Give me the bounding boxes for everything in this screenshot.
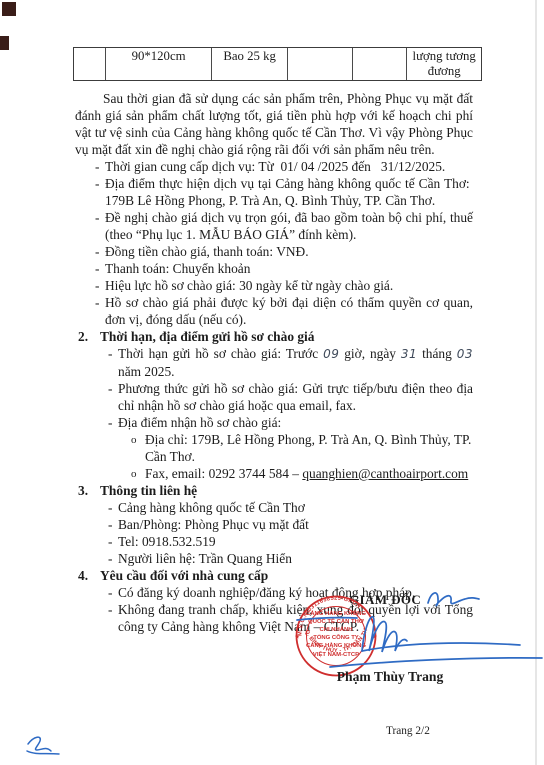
table-cell (353, 48, 408, 80)
contact-phone: - Tel: 0918.532.519 (75, 533, 473, 550)
list-item-signing: - Hồ sơ chào giá phải được ký bởi đại di… (75, 294, 473, 328)
table-cell-size: 90*120cm (106, 48, 212, 80)
section-title: Thời hạn, địa điểm gửi hồ sơ chào giá (100, 329, 314, 344)
sub-item-fax-email: o Fax, email: 0292 3744 584 – quanghien@… (75, 465, 473, 482)
section-title: Yêu cầu đối với nhà cung cấp (100, 568, 268, 583)
table-cell (74, 48, 106, 80)
contact-department: - Ban/Phòng: Phòng Phục vụ mặt đất (75, 516, 473, 533)
list-item-validity: - Hiệu lực hồ sơ chào giá: 30 ngày kể từ… (75, 277, 473, 294)
list-item-text: Địa điểm nhận hồ sơ chào giá: (118, 415, 281, 430)
dash-marker: - (108, 550, 112, 567)
dash-marker: - (108, 499, 112, 516)
deadline-text: Thời hạn gửi hồ sơ chào giá: Trước (118, 346, 323, 361)
scan-mark-top-left (2, 2, 16, 16)
list-item-currency: - Đồng tiền chào giá, thanh toán: VNĐ. (75, 243, 473, 260)
list-item-text: Thời hạn gửi hồ sơ chào giá: Trước 09 gi… (118, 346, 473, 379)
deadline-text: tháng (417, 346, 457, 361)
list-item-payment: - Thanh toán: Chuyển khoản (75, 260, 473, 277)
signatory-name: Phạm Thùy Trang (320, 669, 460, 685)
fax-number: Fax, email: 0292 3744 584 – (145, 466, 302, 481)
dash-marker: - (108, 414, 112, 431)
sub-item-address: o Địa chỉ: 179B, Lê Hồng Phong, P. Trà A… (75, 431, 473, 465)
list-item-text: Fax, email: 0292 3744 584 – quanghien@ca… (145, 466, 468, 481)
dash-marker: - (95, 243, 99, 260)
dash-marker: - (108, 516, 112, 533)
handwritten-day: 31 (401, 347, 417, 361)
section-2-heading: 2. Thời hạn, địa điểm gửi hồ sơ chào giá (75, 328, 473, 345)
dash-marker: - (95, 175, 99, 192)
dash-marker: - (95, 277, 99, 294)
dash-marker: - (95, 260, 99, 277)
price-table-fragment: 90*120cm Bao 25 kg lượng tương đương (73, 47, 482, 81)
list-item-text: Cảng hàng không quốc tế Cần Thơ (118, 500, 305, 515)
dash-marker: - (108, 584, 112, 601)
section-number: 2. (78, 328, 88, 345)
document-page: 90*120cm Bao 25 kg lượng tương đương Sau… (0, 0, 544, 765)
table-cell-packaging: Bao 25 kg (212, 48, 288, 80)
dash-marker: - (108, 601, 112, 618)
page-initial-mark (22, 732, 64, 760)
dash-marker: - (95, 209, 99, 226)
contact-org: - Cảng hàng không quốc tế Cần Thơ (75, 499, 473, 516)
contact-person: - Người liên hệ: Trần Quang Hiển (75, 550, 473, 567)
table-cell-quantity: lượng tương đương (407, 48, 481, 80)
section-title: Thông tin liên hệ (100, 483, 197, 498)
deadline-text: năm 2025. (118, 364, 175, 379)
table-cell (288, 48, 353, 80)
list-item-receive-location: - Địa điểm nhận hồ sơ chào giá: (75, 414, 473, 431)
dash-marker: - (108, 345, 112, 362)
list-item-text: Người liên hệ: Trần Quang Hiển (118, 551, 292, 566)
list-item-text: Đồng tiền chào giá, thanh toán: VNĐ. (105, 244, 309, 259)
list-item-service-location: - Địa điểm thực hiện dịch vụ tại Cảng hà… (75, 175, 473, 209)
deadline-text: giờ, ngày (339, 346, 401, 361)
list-item-text: Phương thức gửi hồ sơ chào giá: Gửi trực… (118, 381, 473, 413)
handwritten-month: 03 (457, 347, 473, 361)
list-item-text: Địa điểm thực hiện dịch vụ tại Cảng hàng… (105, 176, 473, 208)
section-number: 4. (78, 567, 88, 584)
section-number: 3. (78, 482, 88, 499)
dash-marker: - (95, 294, 99, 311)
list-item-send-method: - Phương thức gửi hồ sơ chào giá: Gửi tr… (75, 380, 473, 414)
list-item-text: Tel: 0918.532.519 (118, 534, 216, 549)
list-item-text: Ban/Phòng: Phòng Phục vụ mặt đất (118, 517, 309, 532)
handwritten-hour: 09 (323, 347, 339, 361)
circle-marker: o (131, 432, 137, 449)
list-item-text: Đề nghị chào giá dịch vụ trọn gói, đã ba… (105, 210, 473, 242)
list-item-text: Hồ sơ chào giá phải được ký bởi đại diện… (105, 295, 473, 327)
scan-mark-left (0, 36, 9, 50)
list-item-text: Thời gian cung cấp dịch vụ: Từ 01/ 04 /2… (105, 159, 445, 174)
intro-paragraph: Sau thời gian đã sử dụng các sản phẩm tr… (75, 90, 473, 158)
list-item-text: Hiệu lực hồ sơ chào giá: 30 ngày kể từ n… (105, 278, 393, 293)
email-link: quanghien@canthoairport.com (302, 466, 468, 481)
list-item-service-period: - Thời gian cung cấp dịch vụ: Từ 01/ 04 … (75, 158, 473, 175)
dash-marker: - (108, 380, 112, 397)
list-item-deadline: - Thời hạn gửi hồ sơ chào giá: Trước 09 … (75, 345, 473, 380)
list-item-text: Thanh toán: Chuyển khoản (105, 261, 250, 276)
list-item-quote-scope: - Đề nghị chào giá dịch vụ trọn gói, đã … (75, 209, 473, 243)
dash-marker: - (108, 533, 112, 550)
list-item-text: Địa chỉ: 179B, Lê Hồng Phong, P. Trà An,… (145, 432, 471, 464)
dash-marker: - (95, 158, 99, 175)
section-3-heading: 3. Thông tin liên hệ (75, 482, 473, 499)
page-number: Trang 2/2 (386, 725, 430, 737)
document-body: Sau thời gian đã sử dụng các sản phẩm tr… (75, 90, 473, 635)
circle-marker: o (131, 466, 137, 483)
